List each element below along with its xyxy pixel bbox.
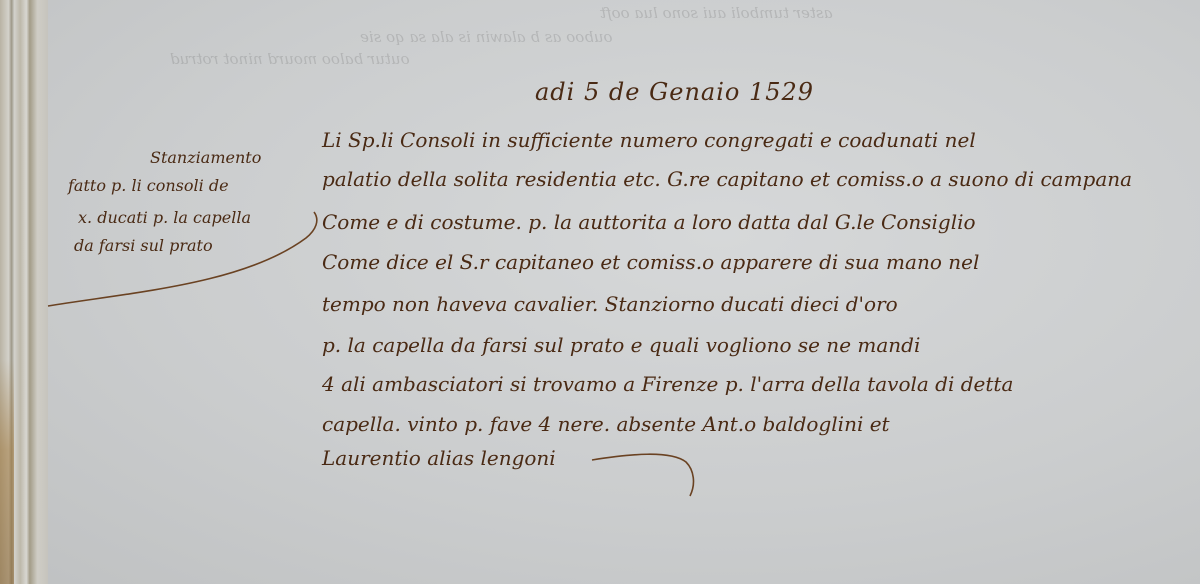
body-line: palatio della solita residentia etc. G.r… [322,167,1132,191]
body-line: tempo non haveva cavalier. Stanziorno du… [322,292,898,316]
manuscript-page: aster tumboli aui sono lua ooft ouboo as… [0,0,1200,584]
date-heading: adi 5 de Genaio 1529 [535,78,814,106]
bleed-through-text: ouboo as b alawin is ala sa qo sie [360,28,613,46]
body-line: Laurentio alias lengoni [322,446,556,470]
body-line: Li Sp.li Consoli in sufficiente numero c… [322,128,976,152]
body-line: 4 ali ambasciatori si trovamo a Firenze … [322,372,1013,396]
bleed-through-text: outur baloo mourd ninot rotrud [170,50,410,68]
body-line: Come e di costume. p. la auttorita a lor… [322,210,976,234]
margin-bracket-line [44,200,334,320]
binding-stain [0,360,14,584]
bleed-through-text: aster tumboli aui sono lua ooft [600,4,833,22]
margin-note-line: fatto p. li consoli de [68,176,229,195]
body-line: capella. vinto p. fave 4 nere. absente A… [322,412,890,436]
book-binding-edge [0,0,48,584]
closing-flourish [590,440,710,500]
margin-note-line: Stanziamento [150,148,261,167]
body-line: p. la capella da farsi sul prato e quali… [322,333,920,357]
body-line: Come dice el S.r capitaneo et comiss.o a… [322,250,979,274]
